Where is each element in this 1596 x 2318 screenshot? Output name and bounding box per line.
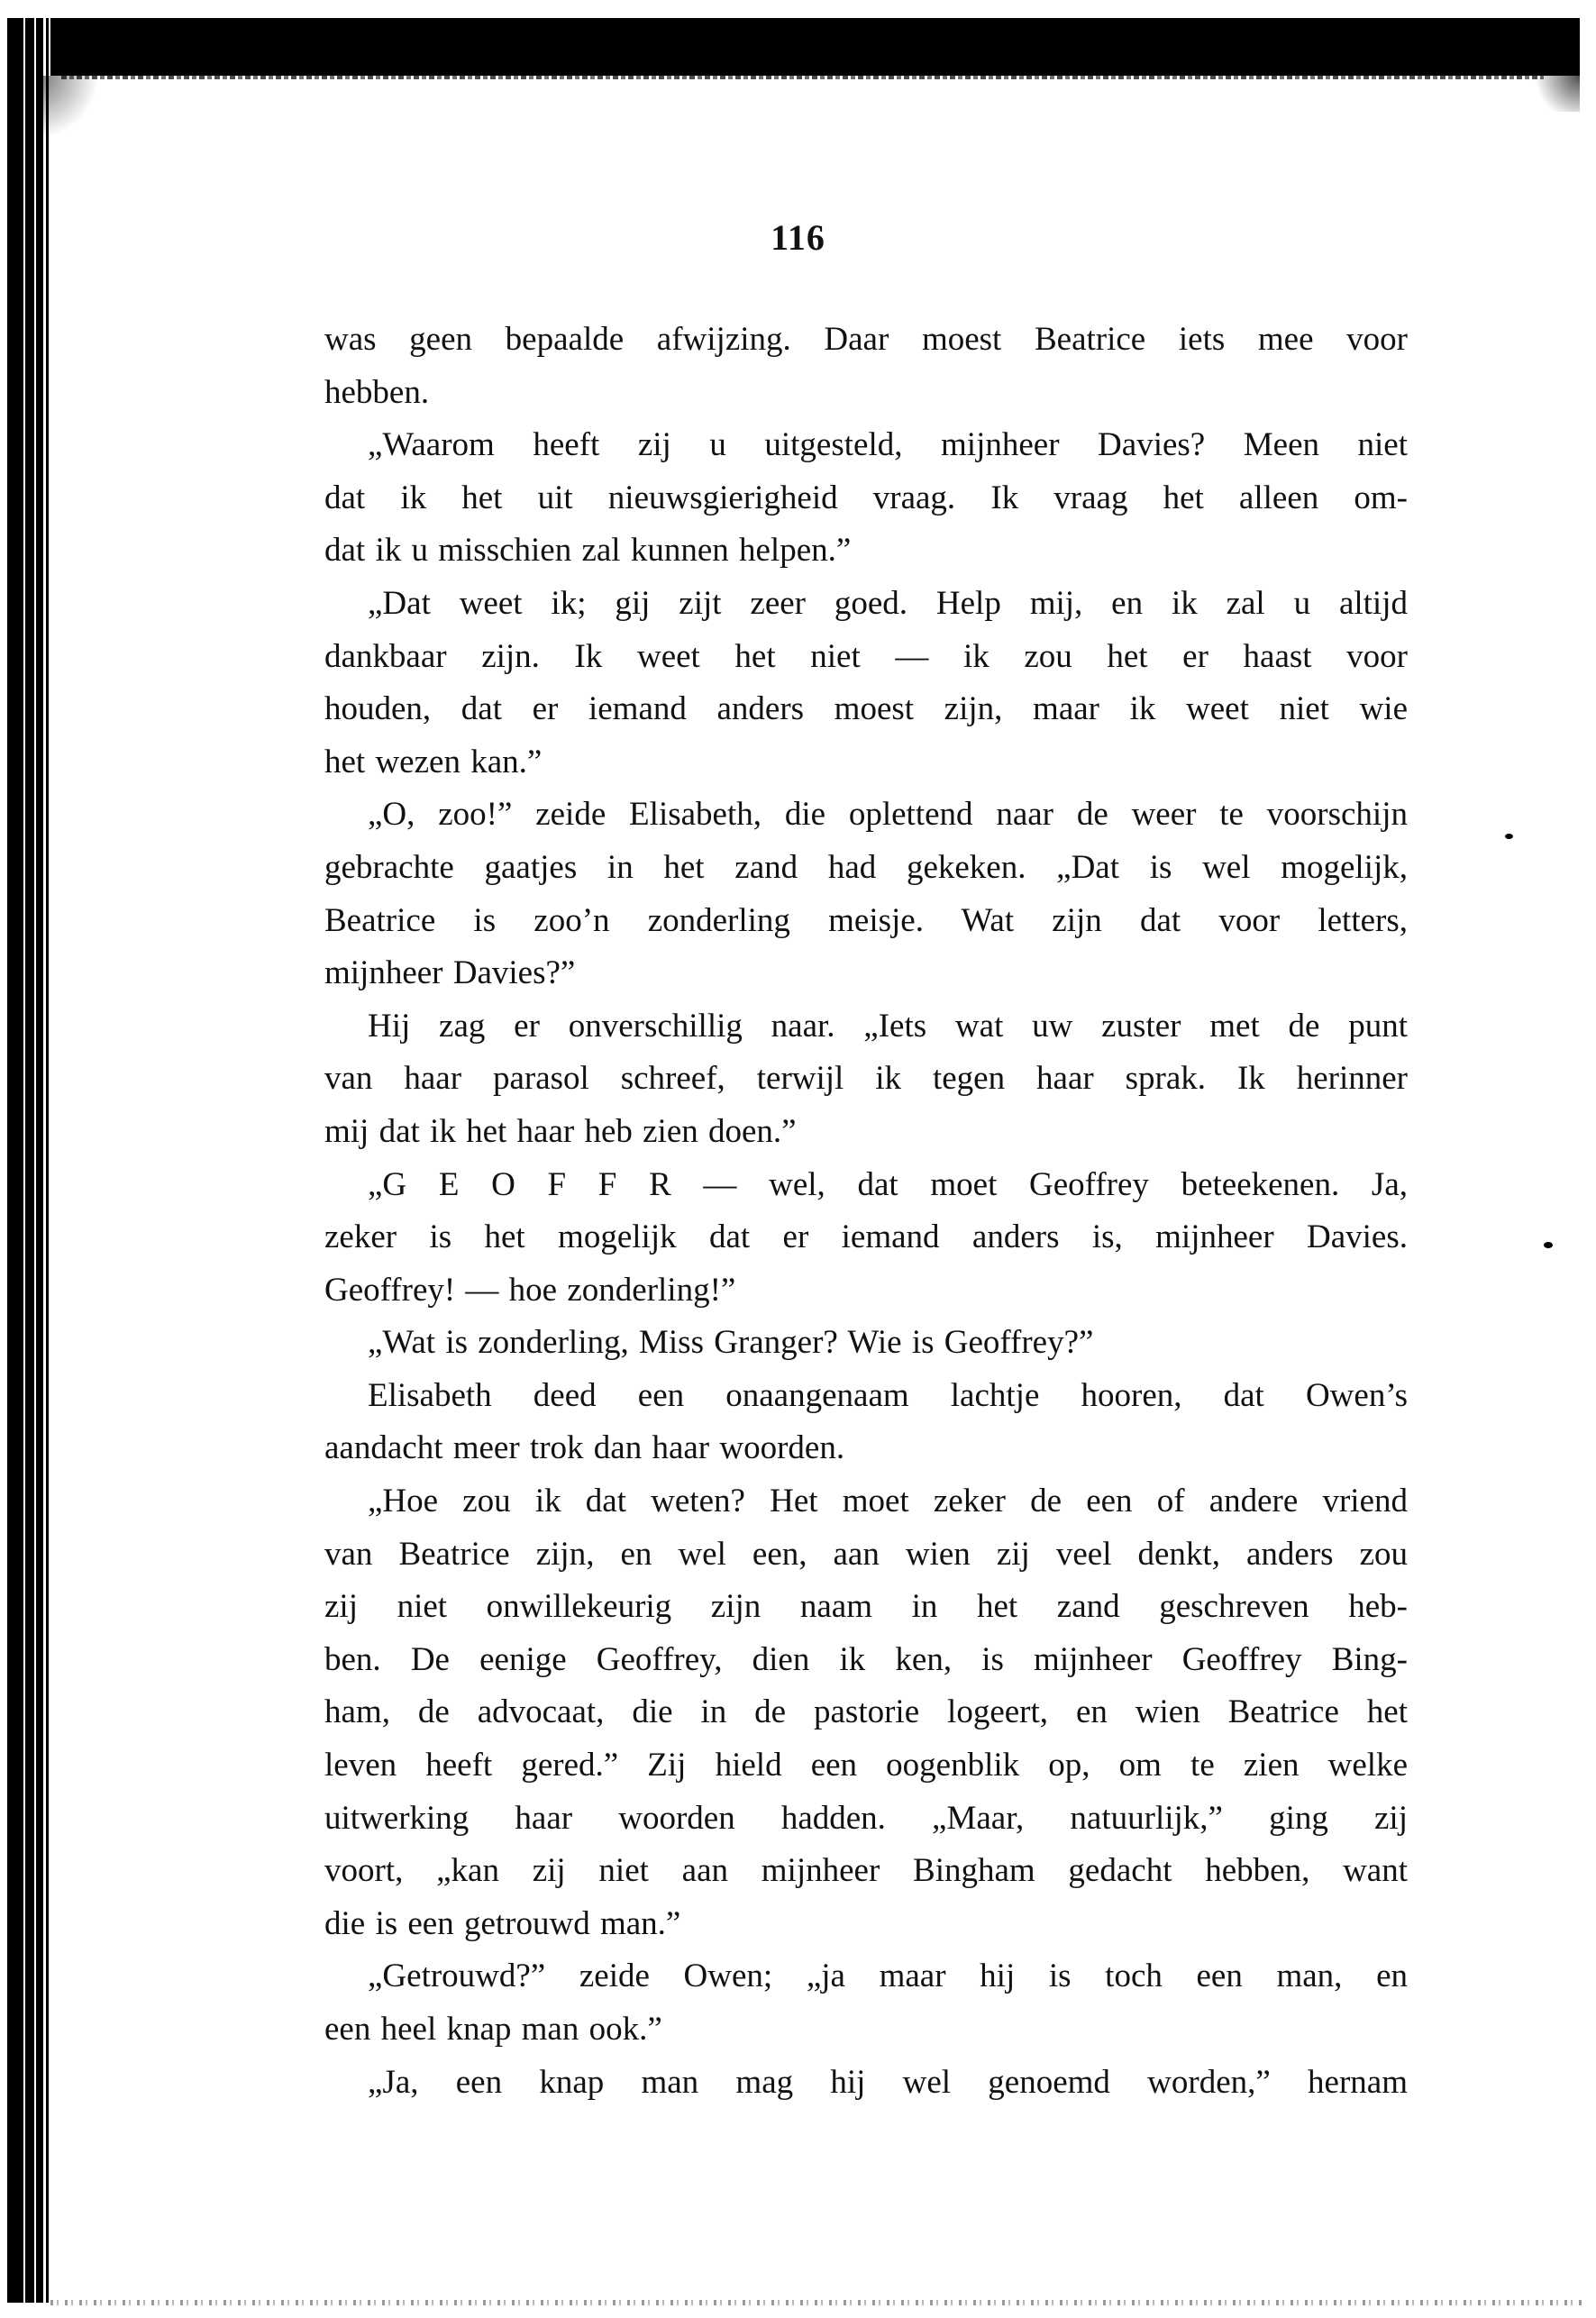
text-line: „Waarom heeft zij u uitgesteld, mijnheer… xyxy=(324,419,1408,472)
text-line: gebrachte gaatjes in het zand had gekeke… xyxy=(324,842,1408,895)
scan-left-border xyxy=(7,18,50,2303)
scan-speck xyxy=(1505,834,1513,839)
text-line: van Beatrice zijn, en wel een, aan wien … xyxy=(324,1529,1408,1582)
text-line: „Ja, een knap man mag hij wel genoemd wo… xyxy=(324,2057,1408,2110)
text-line: mij dat ik het haar heb zien doen.” xyxy=(324,1106,1408,1159)
text-line: een heel knap man ook.” xyxy=(324,2003,1408,2057)
text-line: „O, zoo!” zeide Elisabeth, die oplettend… xyxy=(324,789,1408,842)
text-line: voort, „kan zij niet aan mijnheer Bingha… xyxy=(324,1845,1408,1898)
text-line: Beatrice is zoo’n zonderling meisje. Wat… xyxy=(324,895,1408,948)
text-line: Elisabeth deed een onaangenaam lachtje h… xyxy=(324,1370,1408,1423)
text-line: was geen bepaalde afwijzing. Daar moest … xyxy=(324,314,1408,367)
text-line: zeker is het mogelijk dat er iemand ande… xyxy=(324,1211,1408,1264)
body-text: was geen bepaalde afwijzing. Daar moest … xyxy=(324,314,1408,2109)
text-line: leven heeft gered.” Zij hield een oogenb… xyxy=(324,1739,1408,1793)
text-line: ham, de advocaat, die in de pastorie log… xyxy=(324,1686,1408,1739)
text-line: dat ik het uit nieuwsgierigheid vraag. I… xyxy=(324,472,1408,525)
text-line: Geoffrey! — hoe zonderling!” xyxy=(324,1264,1408,1318)
text-line: dankbaar zijn. Ik weet het niet — ik zou… xyxy=(324,631,1408,684)
text-line: „Hoe zou ik dat weten? Het moet zeker de… xyxy=(324,1475,1408,1529)
text-line: mijnheer Davies?” xyxy=(324,947,1408,1000)
text-line: aandacht meer trok dan haar woorden. xyxy=(324,1422,1408,1475)
text-line: uitwerking haar woorden hadden. „Maar, n… xyxy=(324,1793,1408,1846)
text-line: zij niet onwillekeurig zijn naam in het … xyxy=(324,1581,1408,1634)
text-line: „Wat is zonderling, Miss Granger? Wie is… xyxy=(324,1317,1408,1370)
text-line: dat ik u misschien zal kunnen helpen.” xyxy=(324,525,1408,578)
text-line: Hij zag er onverschillig naar. „Iets wat… xyxy=(324,1000,1408,1054)
scan-top-border xyxy=(7,18,1580,76)
text-line: hebben. xyxy=(324,367,1408,420)
scan-bottom-edge xyxy=(50,2300,1582,2305)
scan-corner-shadow xyxy=(36,76,99,139)
page-number: 116 xyxy=(0,216,1596,259)
text-line: het wezen kan.” xyxy=(324,736,1408,789)
text-line: ben. De eenige Geoffrey, dien ik ken, is… xyxy=(324,1634,1408,1687)
scan-corner-shadow-right xyxy=(1532,76,1580,112)
text-line: die is een getrouwd man.” xyxy=(324,1898,1408,1951)
text-line: „Dat weet ik; gij zijt zeer goed. Help m… xyxy=(324,578,1408,631)
text-line: „G E O F F R — wel, dat moet Geoffrey be… xyxy=(324,1159,1408,1212)
text-line: van haar parasol schreef, terwijl ik teg… xyxy=(324,1053,1408,1106)
text-line: „Getrouwd?” zeide Owen; „ja maar hij is … xyxy=(324,1950,1408,2003)
scan-speck xyxy=(1544,1242,1553,1248)
text-line: houden, dat er iemand anders moest zijn,… xyxy=(324,683,1408,736)
